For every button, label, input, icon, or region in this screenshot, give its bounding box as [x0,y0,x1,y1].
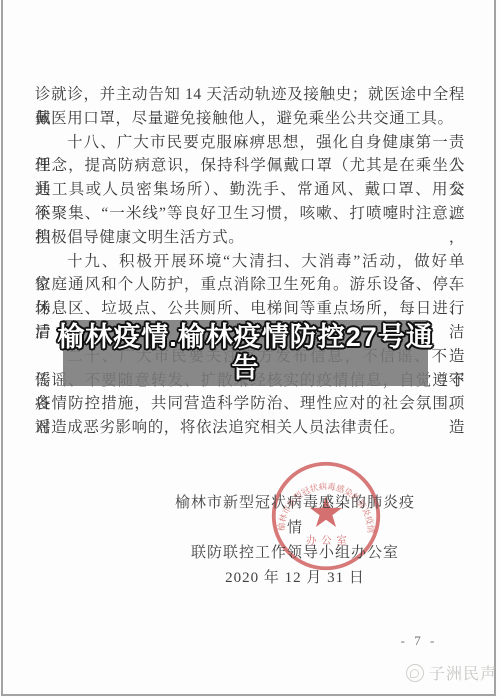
photo-edge-right [494,0,496,696]
page-number: - 7 - [396,633,442,649]
document-line: 理念，提高防病意识，保持科学佩戴口罩（尤其是在乘坐公共交 [35,154,465,178]
document-line: 诊就诊，并主动告知 14 天活动轨迹及接触史；就医途中全程佩 [35,83,465,107]
watermark: 子洲民声 [406,661,497,684]
document-line: 十九、积极开展环境“大清扫、大消毒”活动，做好单位、 [35,250,465,274]
document-line: 疫情防控措施，共同营造科学防治、理性应对的社会氛围。对造 [35,392,465,416]
photo-edge-left [1,0,3,696]
signature-line: 联防联控工作领导小组办公室 [170,541,420,566]
document-line: 戴医用口罩，尽量避免接触他人，避免乘坐公共交通工具。 [35,107,465,131]
signature-block: 榆林市新型冠状病毒感染的肺炎疫情联防联控工作领导小组办公室2020 年 12 月… [170,491,420,591]
document-line: 谣造成恶劣影响的，将依法追究相关人员法律责任。 [35,416,465,440]
headline-overlay: 榆林疫情.榆林疫情防控27号通告 [63,320,428,386]
signature-line: 榆林市新型冠状病毒感染的肺炎疫情 [170,491,420,541]
photo-edge-bottom [1,694,496,696]
document-line: 休息区、垃圾点、公共厕所、电梯间等重点场所，每日进行清洁 [35,297,465,321]
document-line: 十八、广大市民要克服麻痹思想，强化自身健康第一责任人 [35,131,465,155]
headline-line: 榆林疫情.榆林疫情防控27号通 [57,322,434,353]
document-line: 不聚集、“一米线”等良好卫生习惯，咳嗽、打喷嚏时注意遮挡， [35,202,465,226]
document-line: 家庭通风和个人防护，重点消除卫生死角。游乐设备、停车场、 [35,273,465,297]
signature-line: 2020 年 12 月 31 日 [170,566,420,591]
watermark-text: 子洲民声 [429,661,497,684]
document-line: 通工具或人员密集场所）、勤洗手、常通风、戴口罩、用公筷、 [35,178,465,202]
document-photo: 诊就诊，并主动告知 14 天活动轨迹及接触史；就医途中全程佩戴医用口罩，尽量避免… [0,0,500,698]
watermark-logo-icon [406,664,424,682]
headline-line: 告 [232,353,260,384]
document-body: 诊就诊，并主动告知 14 天活动轨迹及接触史；就医途中全程佩戴医用口罩，尽量避免… [35,83,465,440]
